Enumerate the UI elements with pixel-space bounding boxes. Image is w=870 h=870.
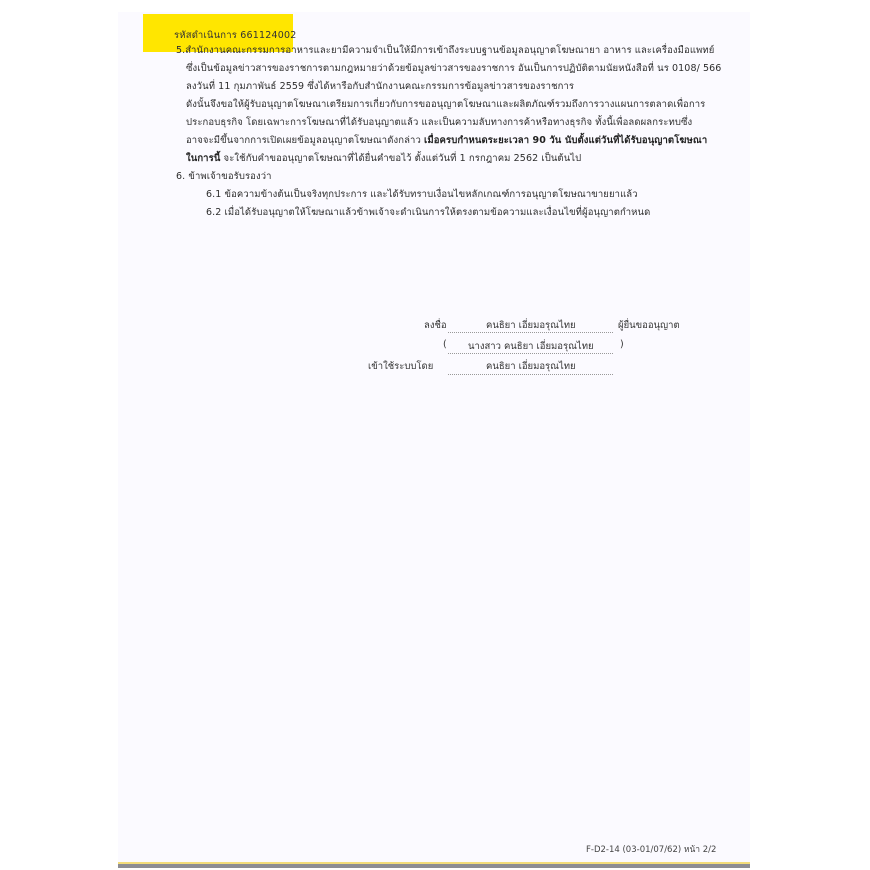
section6-item1: 6.1 ข้อความข้างต้นเป็นจริงทุกประการ และไ…	[206, 187, 638, 202]
section5-line6-text: อาจจะมีขึ้นจากการเปิดเผยข้อมูลอนุญาตโฆษณ…	[186, 135, 424, 146]
system-user-name: คนธิยา เอี่ยมอรุณไทย	[486, 359, 576, 374]
system-user-line	[448, 374, 613, 375]
section5-line6: อาจจะมีขึ้นจากการเปิดเผยข้อมูลอนุญาตโฆษณ…	[186, 133, 707, 148]
section5-line1: 5.สำนักงานคณะกรรมการอาหารและยามีความจำเป…	[176, 43, 714, 58]
section5-line2: ซึ่งเป็นข้อมูลข่าวสารของราชการตามกฎหมายว…	[186, 61, 721, 76]
section5-line4: ดังนั้นจึงขอให้ผู้รับอนุญาตโฆษณาเตรียมกา…	[186, 97, 705, 112]
section5-line7-bold: ในการนี้	[186, 153, 220, 164]
sign-label: ลงชื่อ	[424, 318, 447, 333]
signer-full-name: นางสาว คนธิยา เอี่ยมอรุณไทย	[468, 339, 594, 354]
signer-role: ผู้ยื่นขออนุญาต	[618, 318, 680, 333]
section5-line5: ประกอบธุรกิจ โดยเฉพาะการโฆษณาที่ได้รับอน…	[186, 115, 692, 130]
signer-name: คนธิยา เอี่ยมอรุณไทย	[486, 318, 576, 333]
section5-line7: ในการนี้ จะใช้กับคำขออนุญาตโฆษณาที่ได้ยื…	[186, 151, 581, 166]
open-paren: (	[443, 339, 447, 350]
section5-line3: ลงวันที่ 11 กุมภาพันธ์ 2559 ซึ่งได้หารือ…	[186, 79, 574, 94]
sign-line	[448, 332, 613, 333]
section5-line6-bold: เมื่อครบกำหนดระยะเวลา 90 วัน นับตั้งแต่ว…	[424, 135, 707, 146]
full-name-line	[448, 353, 613, 354]
section6-item2: 6.2 เมื่อได้รับอนุญาตให้โฆษณาแล้วข้าพเจ้…	[206, 205, 650, 220]
form-footer: F-D2-14 (03-01/07/62) หน้า 2/2	[586, 842, 716, 856]
close-paren: )	[620, 339, 624, 350]
system-user-label: เข้าใช้ระบบโดย	[368, 359, 433, 374]
section6-title: 6. ข้าพเจ้าขอรับรองว่า	[176, 169, 272, 184]
operation-code: รหัสดำเนินการ 661124002	[174, 28, 297, 43]
section5-line7-text: จะใช้กับคำขออนุญาตโฆษณาที่ได้ยื่นคำขอไว้…	[220, 153, 581, 164]
